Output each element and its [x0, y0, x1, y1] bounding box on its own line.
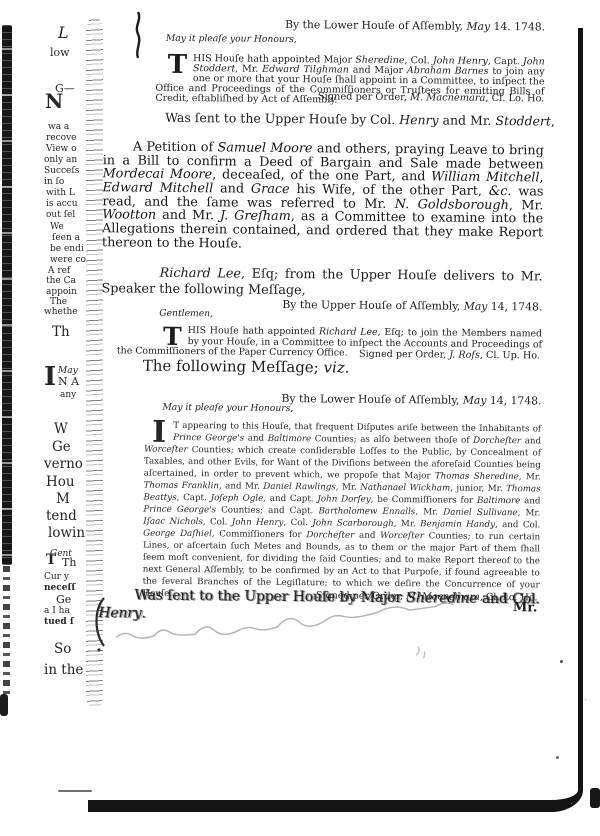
- neighbor-text-fragment: Hou: [46, 477, 75, 487]
- neighbor-text-fragment: any: [60, 390, 76, 400]
- neighbor-text-fragment: W: [54, 424, 68, 434]
- neighbor-text-fragment: recove: [46, 133, 77, 143]
- bottom-edge-thinning: [88, 788, 243, 795]
- neighbor-text-fragment: T: [46, 555, 56, 565]
- neighbor-text-fragment: M: [56, 494, 70, 504]
- bottom-edge-tail: [58, 790, 92, 792]
- neighbor-text-fragment: I: [44, 372, 56, 382]
- binding-shadow-bar-lower: [3, 566, 10, 698]
- neighbor-text-fragment: Succeſs: [44, 166, 79, 176]
- main-text-column: By the Lower Houſe of Aſſembly, May 14. …: [104, 0, 545, 3]
- scanned-book-page: LlowG—Nwa arecoveView oonly anSucceſsin …: [0, 0, 600, 836]
- neighbor-text-fragment: lowin: [48, 528, 85, 538]
- paragraph-richard-lee-delivers: Richard Lee, Eſq; from the Upper Houſe d…: [101, 265, 542, 301]
- drop-cap-I: I: [152, 420, 166, 443]
- neighbor-text-fragment: verno: [44, 459, 83, 469]
- neighbor-text-fragment: whethe: [44, 307, 78, 317]
- neighbor-text-fragment: a I ha: [44, 606, 70, 616]
- paragraph-county-boundaries-message: IT appearing to this Houſe, that frequen…: [99, 419, 542, 604]
- neighbor-text-fragment: Ge: [56, 595, 71, 605]
- neighbor-text-fragment: only an: [44, 155, 77, 165]
- neighbor-text-fragment: Th: [52, 327, 70, 337]
- scan-specks: [560, 660, 563, 663]
- neighbor-text-fragment: neceſſ: [44, 583, 75, 593]
- neighbor-text-fragment: Th: [62, 558, 76, 568]
- neighbor-text-fragment: were co: [50, 255, 86, 265]
- neighbor-text-fragment: ſeen a: [52, 233, 80, 243]
- neighbor-text-fragment: wa a: [48, 122, 69, 132]
- neighbor-text-fragment: tend: [46, 511, 77, 521]
- neighbor-text-fragment: Ge: [52, 442, 71, 452]
- neighbor-text-fragment: So: [54, 644, 71, 654]
- handwritten-annotation: [112, 607, 482, 655]
- drop-cap-T: T: [168, 54, 188, 74]
- neighbor-text-fragment: appoin: [46, 287, 77, 297]
- neighbor-text-fragment: The: [50, 297, 67, 307]
- neighbor-text-fragment: in ſo: [44, 177, 64, 187]
- neighbor-text-fragment: N: [45, 96, 63, 106]
- paragraph-upper-house-message: THIS Houſe hath appointed Richard Lee, E…: [101, 326, 542, 361]
- facing-page-text-fragments: LlowG—Nwa arecoveView oonly anSucceſsin …: [40, 0, 90, 720]
- neighbor-text-fragment: the Ca: [46, 276, 76, 286]
- catchword-mr: Mr.: [513, 600, 538, 615]
- paragraph-petition-samuel-moore: A Petition of Samuel Moore and others, p…: [102, 140, 544, 254]
- neighbor-text-fragment: View o: [46, 144, 77, 154]
- neighbor-text-fragment: N A: [58, 377, 79, 387]
- neighbor-text-fragment: L: [58, 28, 69, 38]
- neighbor-text-fragment: in the: [44, 665, 83, 675]
- neighbor-text-fragment: We: [50, 222, 64, 232]
- neighbor-text-fragment: is accu: [46, 199, 78, 209]
- neighbor-text-fragment: low: [50, 48, 70, 58]
- corner-ink-mark: [590, 788, 600, 808]
- neighbor-text-fragment: be endi: [50, 244, 84, 254]
- drop-cap-T: T: [163, 327, 182, 346]
- binding-shadow-bar: [2, 25, 12, 565]
- neighbor-text-fragment: with L: [46, 188, 75, 198]
- ink-blob: [0, 694, 8, 716]
- neighbor-text-fragment: tued ſ: [44, 617, 74, 627]
- neighbor-text-fragment: Cur y: [44, 572, 69, 582]
- neighbor-text-fragment: A ref: [48, 266, 70, 276]
- neighbor-text-fragment: out ſel: [46, 210, 75, 220]
